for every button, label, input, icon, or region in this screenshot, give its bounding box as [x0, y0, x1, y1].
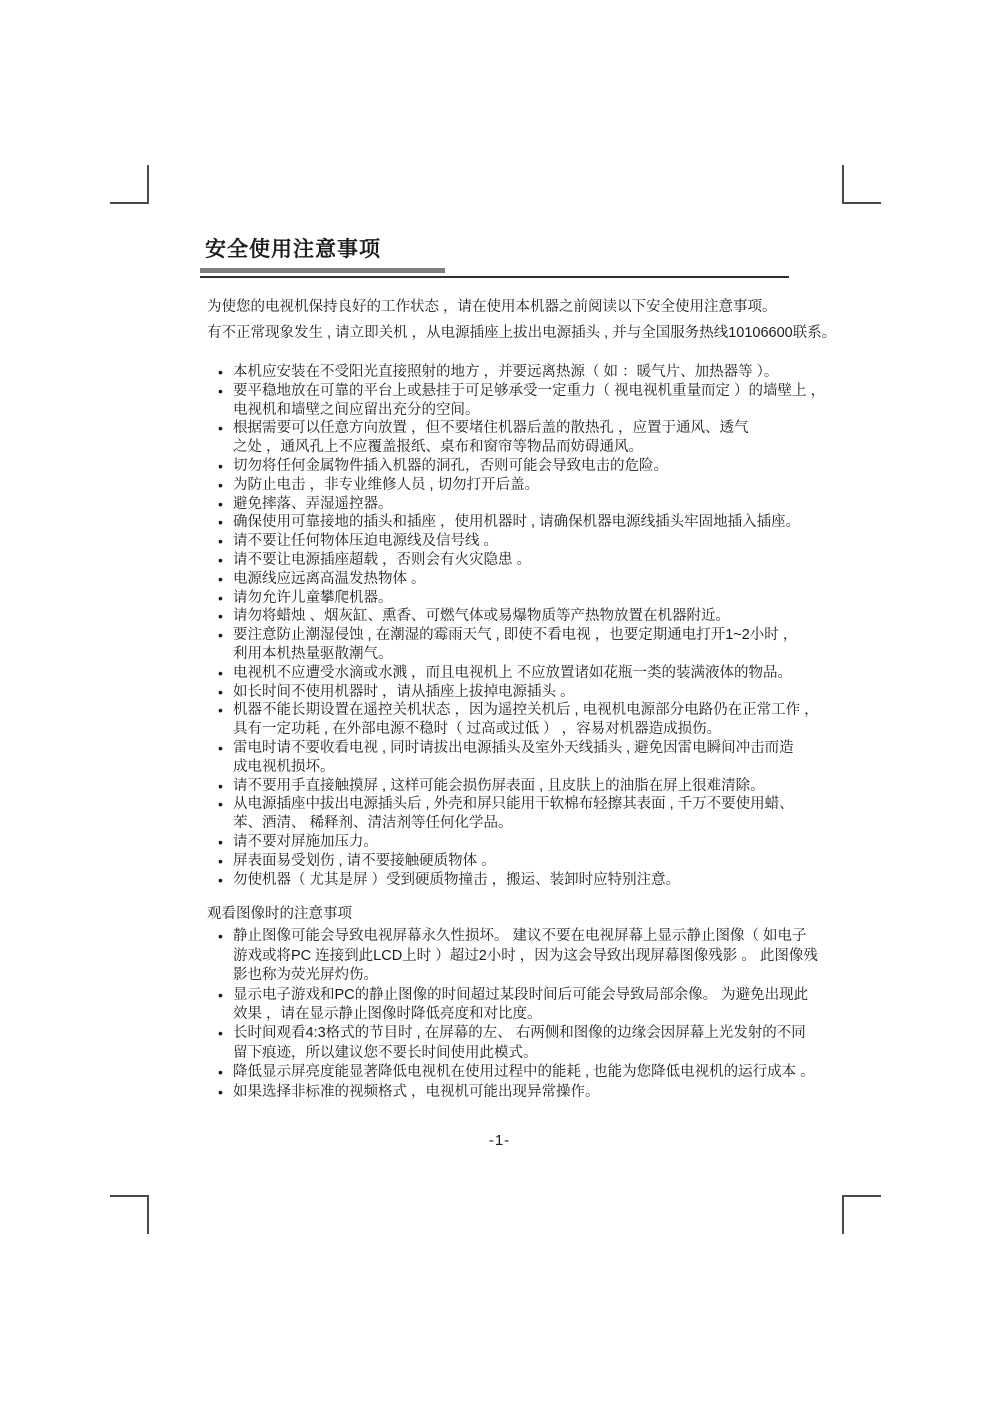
bullet-item: •请勿将蜡烛 、烟灰缸、熏香、可燃气体或易爆物质等产热物放置在机器附近。 — [205, 607, 850, 626]
manual-page: 安全使用注意事项 为使您的电视机保持良好的工作状态 ，请在使用本机器之前阅读以下… — [0, 0, 994, 1404]
bullet-line: 降低显示屏亮度能显著降低电视机在使用过程中的能耗 , 也能为您降低电视机的运行成… — [233, 1063, 855, 1082]
bullet-line: 要注意防止潮湿侵蚀 , 在潮湿的霉雨天气 , 即使不看电视 ，也要定期通电打开1… — [233, 626, 850, 645]
bullet-line: 游戏或将PC 连接到此LCD上时 ）超过2小时 ，因为这会导致出现屏幕图像残影 … — [233, 947, 855, 966]
bullet-line: 如长时间不使用机器时 ，请从插座上拔掉电源插头 。 — [233, 683, 850, 702]
bullet-dot-icon: • — [218, 871, 223, 890]
bullet-item: •请不要让任何物体压迫电源线及信号线 。 — [205, 532, 850, 551]
bullet-item: •显示电子游戏和PC的静止图像的时间超过某段时间后可能会导致局部余像。 为避免出… — [205, 986, 855, 1025]
crop-mark-line — [110, 1195, 149, 1197]
bullet-line: 长时间观看4:3格式的节目时 , 在屏幕的左、 右两侧和图像的边缘会因屏幕上光发… — [233, 1024, 855, 1043]
bullet-line: 请不要对屏施加压力。 — [233, 833, 850, 852]
bullet-line: 静止图像可能会导致电视屏幕永久性损坏。 建议不要在电视屏幕上显示静止图像（ 如电… — [233, 927, 855, 946]
bullet-line: 成电视机损坏。 — [233, 758, 850, 777]
page-number: -1- — [205, 1132, 794, 1149]
title-rule-thin — [200, 276, 789, 278]
bullet-line: 本机应安装在不受阳光直接照射的地方 ，并要远离热源（ 如 ：暖气片、加热器等 ）… — [233, 363, 850, 382]
bullet-item: •要平稳地放在可靠的平台上或悬挂于可足够承受一定重力（ 视电视机重量而定 ）的墙… — [205, 382, 850, 420]
bullet-line: 要平稳地放在可靠的平台上或悬挂于可足够承受一定重力（ 视电视机重量而定 ）的墙壁… — [233, 382, 850, 401]
bullet-item: •雷电时请不要收看电视 , 同时请拔出电源插头及室外天线插头 , 避免因雷电瞬间… — [205, 739, 850, 777]
bullet-line: 确保使用可靠接地的插头和插座 ，使用机器时 , 请确保机器电源线插头牢固地插入插… — [233, 513, 850, 532]
bullet-item: •根据需要可以任意方向放置 ，但不要堵住机器后盖的散热孔 ，应置于通风、透气之处… — [205, 419, 850, 457]
intro-paragraph: 为使您的电视机保持良好的工作状态 ，请在使用本机器之前阅读以下安全使用注意事项。… — [207, 295, 847, 346]
bullet-line: 从电源插座中拔出电源插头后 , 外壳和屏只能用干软棉布轻擦其表面 , 千万不要使… — [233, 795, 850, 814]
bullet-line: 避免摔落、弄湿遥控器。 — [233, 495, 850, 514]
bullet-line: 屏表面易受划伤 , 请不要接触硬质物体 。 — [233, 852, 850, 871]
bullet-item: •如长时间不使用机器时 ，请从插座上拔掉电源插头 。 — [205, 683, 850, 702]
bullet-dot-icon: • — [218, 795, 223, 814]
bullet-item: •电源线应远离高温发热物体 。 — [205, 570, 850, 589]
bullet-item: •请不要让电源插座超载 ，否则会有火灾隐患 。 — [205, 551, 850, 570]
viewing-section-heading: 观看图像时的注意事项 — [207, 905, 855, 924]
bullet-item: •勿使机器（ 尤其是屏 ）受到硬质物撞击 ，搬运、装卸时应特别注意。 — [205, 871, 850, 890]
crop-mark-line — [842, 1195, 844, 1234]
bullet-item: •机器不能长期设置在遥控关机状态 ，因为遥控关机后 , 电视机电源部分电路仍在正… — [205, 701, 850, 739]
bullet-dot-icon: • — [218, 739, 223, 758]
intro-line: 为使您的电视机保持良好的工作状态 ，请在使用本机器之前阅读以下安全使用注意事项。 — [207, 295, 847, 321]
bullet-dot-icon: • — [218, 1063, 223, 1082]
bullet-dot-icon: • — [218, 607, 223, 626]
bullet-item: •静止图像可能会导致电视屏幕永久性损坏。 建议不要在电视屏幕上显示静止图像（ 如… — [205, 927, 855, 985]
bullet-dot-icon: • — [218, 570, 223, 589]
bullet-dot-icon: • — [218, 551, 223, 570]
crop-mark-line — [147, 165, 149, 204]
intro-line: 有不正常现象发生 , 请立即关机 ，从电源插座上拔出电源插头 , 并与全国服务热… — [207, 321, 847, 347]
bullet-item: •请勿允许儿童攀爬机器。 — [205, 589, 850, 608]
safety-bullet-list: •本机应安装在不受阳光直接照射的地方 ，并要远离热源（ 如 ：暖气片、加热器等 … — [205, 363, 850, 889]
crop-mark-line — [842, 1195, 881, 1197]
bullet-line: 显示电子游戏和PC的静止图像的时间超过某段时间后可能会导致局部余像。 为避免出现… — [233, 986, 855, 1005]
bullet-line: 雷电时请不要收看电视 , 同时请拔出电源插头及室外天线插头 , 避免因雷电瞬间冲… — [233, 739, 850, 758]
bullet-line: 具有一定功耗 , 在外部电源不稳时（ 过高或过低 ） ，容易对机器造成损伤。 — [233, 720, 850, 739]
bullet-item: •请不要对屏施加压力。 — [205, 833, 850, 852]
viewing-bullet-list: •静止图像可能会导致电视屏幕永久性损坏。 建议不要在电视屏幕上显示静止图像（ 如… — [205, 927, 855, 1102]
bullet-line: 请不要让电源插座超载 ，否则会有火灾隐患 。 — [233, 551, 850, 570]
crop-mark-top-right — [842, 165, 881, 205]
bullet-item: •降低显示屏亮度能显著降低电视机在使用过程中的能耗 , 也能为您降低电视机的运行… — [205, 1063, 855, 1082]
bullet-dot-icon: • — [218, 1024, 223, 1043]
crop-mark-line — [842, 165, 844, 204]
bullet-dot-icon: • — [218, 833, 223, 852]
crop-mark-line — [110, 202, 149, 204]
viewing-section: 观看图像时的注意事项 •静止图像可能会导致电视屏幕永久性损坏。 建议不要在电视屏… — [205, 905, 855, 1102]
bullet-line: 勿使机器（ 尤其是屏 ）受到硬质物撞击 ，搬运、装卸时应特别注意。 — [233, 871, 850, 890]
bullet-item: •屏表面易受划伤 , 请不要接触硬质物体 。 — [205, 852, 850, 871]
crop-mark-line — [842, 202, 881, 204]
page-title: 安全使用注意事项 — [205, 233, 381, 263]
bullet-item: •长时间观看4:3格式的节目时 , 在屏幕的左、 右两侧和图像的边缘会因屏幕上光… — [205, 1024, 855, 1063]
bullet-dot-icon: • — [218, 589, 223, 608]
bullet-dot-icon: • — [218, 626, 223, 645]
title-rule-thick — [200, 268, 445, 273]
bullet-line: 根据需要可以任意方向放置 ，但不要堵住机器后盖的散热孔 ，应置于通风、透气 — [233, 419, 850, 438]
bullet-line: 影也称为荧光屏灼伤。 — [233, 966, 855, 985]
crop-mark-line — [147, 1195, 149, 1234]
bullet-line: 利用本机热量驱散潮气。 — [233, 645, 850, 664]
bullet-dot-icon: • — [218, 513, 223, 532]
crop-mark-bottom-right — [842, 1195, 881, 1235]
bullet-line: 效果 ，请在显示静止图像时降低亮度和对比度。 — [233, 1005, 855, 1024]
bullet-line: 电源线应远离高温发热物体 。 — [233, 570, 850, 589]
bullet-line: 苯、酒清、 稀释剂、清洁剂等任何化学品。 — [233, 814, 850, 833]
bullet-item: •避免摔落、弄湿遥控器。 — [205, 495, 850, 514]
bullet-line: 请勿将蜡烛 、烟灰缸、熏香、可燃气体或易爆物质等产热物放置在机器附近。 — [233, 607, 850, 626]
bullet-dot-icon: • — [218, 664, 223, 683]
bullet-dot-icon: • — [218, 382, 223, 401]
bullet-line: 机器不能长期设置在遥控关机状态 ，因为遥控关机后 , 电视机电源部分电路仍在正常… — [233, 701, 850, 720]
crop-mark-bottom-left — [110, 1195, 149, 1235]
bullet-dot-icon: • — [218, 986, 223, 1005]
bullet-item: •本机应安装在不受阳光直接照射的地方 ，并要远离热源（ 如 ：暖气片、加热器等 … — [205, 363, 850, 382]
bullet-dot-icon: • — [218, 532, 223, 551]
bullet-line: 切勿将任何金属物件插入机器的洞孔，否则可能会导致电击的危险。 — [233, 457, 850, 476]
bullet-line: 请不要让任何物体压迫电源线及信号线 。 — [233, 532, 850, 551]
bullet-dot-icon: • — [218, 363, 223, 382]
bullet-line: 请不要用手直接触摸屏 , 这样可能会损伤屏表面 , 且皮肤上的油脂在屏上很难清除… — [233, 777, 850, 796]
bullet-item: •请不要用手直接触摸屏 , 这样可能会损伤屏表面 , 且皮肤上的油脂在屏上很难清… — [205, 777, 850, 796]
bullet-item: •从电源插座中拔出电源插头后 , 外壳和屏只能用干软棉布轻擦其表面 , 千万不要… — [205, 795, 850, 833]
bullet-dot-icon: • — [218, 476, 223, 495]
bullet-dot-icon: • — [218, 701, 223, 720]
bullet-item: •电视机不应遭受水滴或水溅 ，而且电视机上 不应放置诸如花瓶一类的装满液体的物品… — [205, 664, 850, 683]
bullet-dot-icon: • — [218, 419, 223, 438]
bullet-dot-icon: • — [218, 457, 223, 476]
bullet-dot-icon: • — [218, 1083, 223, 1102]
bullet-item: •切勿将任何金属物件插入机器的洞孔，否则可能会导致电击的危险。 — [205, 457, 850, 476]
bullet-line: 电视机不应遭受水滴或水溅 ，而且电视机上 不应放置诸如花瓶一类的装满液体的物品。 — [233, 664, 850, 683]
bullet-dot-icon: • — [218, 852, 223, 871]
bullet-line: 之处 ，通风孔上不应覆盖报纸、桌布和窗帘等物品而妨碍通风。 — [233, 438, 850, 457]
bullet-dot-icon: • — [218, 683, 223, 702]
bullet-dot-icon: • — [218, 927, 223, 946]
crop-mark-top-left — [110, 165, 149, 205]
bullet-dot-icon: • — [218, 495, 223, 514]
bullet-line: 为防止电击 ，非专业维修人员 , 切勿打开后盖。 — [233, 476, 850, 495]
bullet-line: 请勿允许儿童攀爬机器。 — [233, 589, 850, 608]
bullet-item: •确保使用可靠接地的插头和插座 ，使用机器时 , 请确保机器电源线插头牢固地插入… — [205, 513, 850, 532]
bullet-line: 留下痕迹，所以建议您不要长时间使用此模式。 — [233, 1044, 855, 1063]
bullet-dot-icon: • — [218, 777, 223, 796]
bullet-item: •要注意防止潮湿侵蚀 , 在潮湿的霉雨天气 , 即使不看电视 ，也要定期通电打开… — [205, 626, 850, 664]
bullet-line: 电视机和墙壁之间应留出充分的空间。 — [233, 401, 850, 420]
bullet-item: •如果选择非标准的视频格式 ，电视机可能出现异常操作。 — [205, 1083, 855, 1102]
bullet-item: •为防止电击 ，非专业维修人员 , 切勿打开后盖。 — [205, 476, 850, 495]
bullet-line: 如果选择非标准的视频格式 ，电视机可能出现异常操作。 — [233, 1083, 855, 1102]
